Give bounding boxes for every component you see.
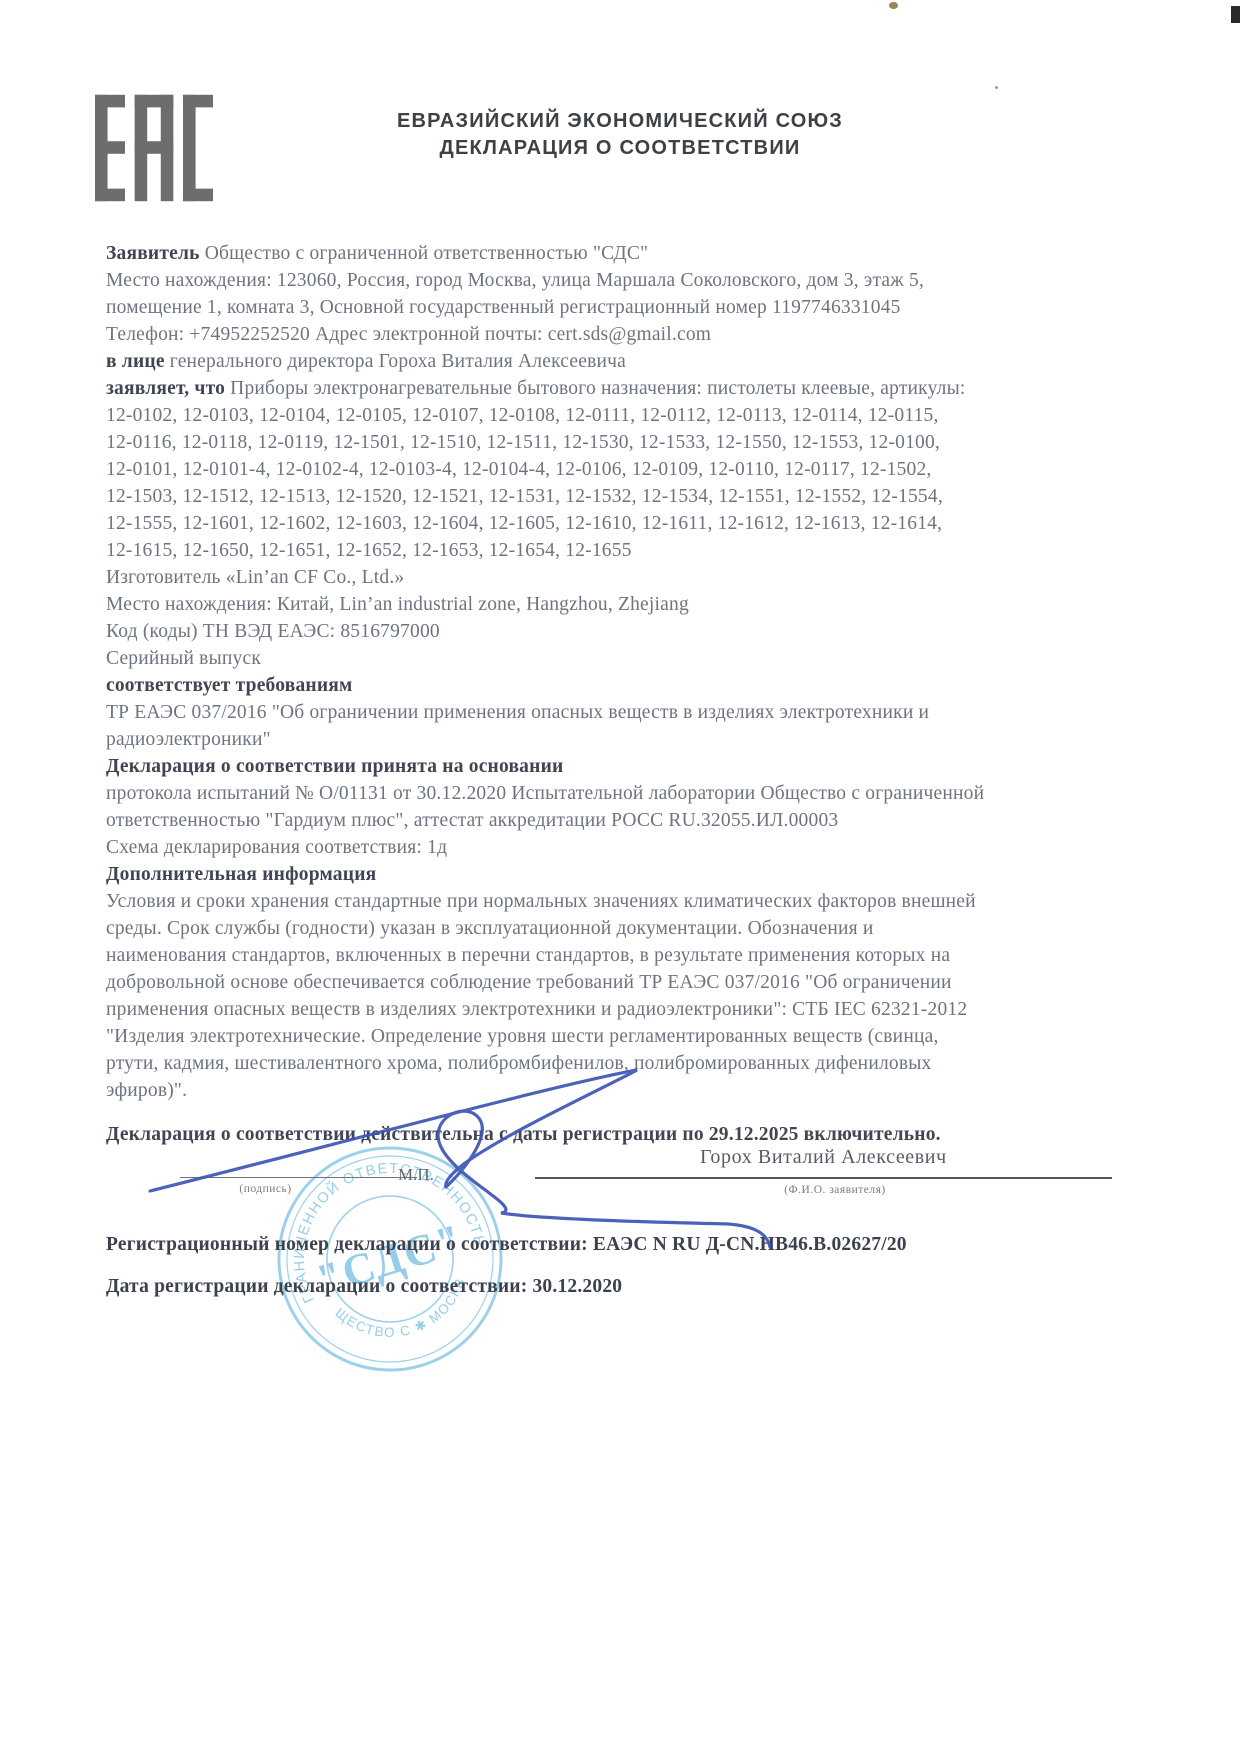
body-line-segment: 12-0102, 12-0103, 12-0104, 12-0105, 12-0…: [106, 405, 939, 426]
body-line-segment: добровольной основе обеспечивается соблю…: [106, 972, 952, 993]
registration-date-value: 30.12.2020: [532, 1276, 622, 1297]
body-line: Серийный выпуск: [106, 645, 1166, 672]
body-line: в лице генерального директора Гороха Вит…: [106, 348, 1166, 375]
body-line: заявляет, что Приборы электронагреватель…: [106, 375, 1166, 402]
body-line-segment: Схема декларирования соответствия: 1д: [106, 837, 447, 858]
body-line-segment: 12-1503, 12-1512, 12-1513, 12-1520, 12-1…: [106, 486, 943, 507]
body-line: Телефон: +74952252520 Адрес электронной …: [106, 321, 1166, 348]
document-title: ЕВРАЗИЙСКИЙ ЭКОНОМИЧЕСКИЙ СОЮЗ ДЕКЛАРАЦИ…: [330, 108, 910, 162]
body-line-segment: 12-1615, 12-1650, 12-1651, 12-1652, 12-1…: [106, 540, 632, 561]
body-line: добровольной основе обеспечивается соблю…: [106, 969, 1166, 996]
scan-spot: [889, 2, 898, 9]
body-line: Заявитель Общество с ограниченной ответс…: [106, 240, 1166, 267]
body-line-bold-segment: Дополнительная информация: [106, 864, 376, 885]
body-line-segment: ТР ЕАЭС 037/2016 "Об ограничении примене…: [106, 702, 929, 723]
body-line-bold-segment: заявляет, что: [106, 378, 230, 399]
body-line-bold-segment: Заявитель: [106, 243, 205, 264]
body-line: Дополнительная информация: [106, 861, 1166, 888]
eac-logo-icon: [95, 92, 213, 204]
body-line: Место нахождения: 123060, Россия, город …: [106, 267, 1166, 294]
body-line-segment: среды. Срок службы (годности) указан в э…: [106, 918, 874, 939]
body-line-segment: Код (коды) ТН ВЭД ЕАЭС: 8516797000: [106, 621, 440, 642]
body-line: Место нахождения: Китай, Lin’an industri…: [106, 591, 1166, 618]
body-line-segment: наименования стандартов, включенных в пе…: [106, 945, 950, 966]
body-line-segment: протокола испытаний № О/01131 от 30.12.2…: [106, 783, 984, 804]
body-line: 12-1503, 12-1512, 12-1513, 12-1520, 12-1…: [106, 483, 1166, 510]
body-line-segment: Место нахождения: 123060, Россия, город …: [106, 270, 924, 291]
body-line-segment: радиоэлектроники": [106, 729, 271, 750]
scan-speck: [995, 86, 998, 89]
body-line: применения опасных веществ в изделиях эл…: [106, 996, 1166, 1023]
body-line: Условия и сроки хранения стандартные при…: [106, 888, 1166, 915]
body-line-segment: Серийный выпуск: [106, 648, 261, 669]
body-line-segment: 12-0116, 12-0118, 12-0119, 12-1501, 12-1…: [106, 432, 940, 453]
body-line-segment: ответственностью "Гардиум плюс", аттеста…: [106, 810, 838, 831]
body-line: 12-1615, 12-1650, 12-1651, 12-1652, 12-1…: [106, 537, 1166, 564]
body-line: Декларация о соответствии принята на осн…: [106, 753, 1166, 780]
body-line: среды. Срок службы (годности) указан в э…: [106, 915, 1166, 942]
body-line-segment: 12-1555, 12-1601, 12-1602, 12-1603, 12-1…: [106, 513, 942, 534]
body-line-segment: применения опасных веществ в изделиях эл…: [106, 999, 967, 1020]
body-line: 12-0102, 12-0103, 12-0104, 12-0105, 12-0…: [106, 402, 1166, 429]
scan-corner-mark: [1231, 6, 1240, 23]
body-lines: Заявитель Общество с ограниченной ответс…: [106, 240, 1166, 1148]
body-line: наименования стандартов, включенных в пе…: [106, 942, 1166, 969]
body-line: соответствует требованиям: [106, 672, 1166, 699]
body-line: помещение 1, комната 3, Основной государ…: [106, 294, 1166, 321]
title-line-declaration: ДЕКЛАРАЦИЯ О СООТВЕТСТВИИ: [330, 135, 910, 162]
body-line-segment: Общество с ограниченной ответственностью…: [205, 243, 649, 264]
registration-date-line: Дата регистрации декларации о соответств…: [106, 1276, 622, 1298]
body-line-segment: "Изделия электротехнические. Определение…: [106, 1026, 939, 1047]
body-line-segment: Условия и сроки хранения стандартные при…: [106, 891, 976, 912]
declaration-document: ЕВРАЗИЙСКИЙ ЭКОНОМИЧЕСКИЙ СОЮЗ ДЕКЛАРАЦИ…: [0, 0, 1240, 1755]
body-line: Код (коды) ТН ВЭД ЕАЭС: 8516797000: [106, 618, 1166, 645]
handwritten-signature: [120, 1050, 820, 1270]
body-line-bold-segment: Декларация о соответствии принята на осн…: [106, 756, 563, 777]
body-line: 12-0101, 12-0101-4, 12-0102-4, 12-0103-4…: [106, 456, 1166, 483]
body-line-segment: 12-0101, 12-0101-4, 12-0102-4, 12-0103-4…: [106, 459, 932, 480]
body-line-bold-segment: в лице: [106, 351, 170, 372]
body-line: Изготовитель «Lin’an CF Co., Ltd.»: [106, 564, 1166, 591]
body-line-segment: Место нахождения: Китай, Lin’an industri…: [106, 594, 689, 615]
body-line-segment: Приборы электронагревательные бытового н…: [230, 378, 965, 399]
body-line-bold-segment: соответствует требованиям: [106, 675, 353, 696]
title-line-union: ЕВРАЗИЙСКИЙ ЭКОНОМИЧЕСКИЙ СОЮЗ: [330, 108, 910, 135]
body-line: радиоэлектроники": [106, 726, 1166, 753]
body-line: "Изделия электротехнические. Определение…: [106, 1023, 1166, 1050]
eac-logo: [95, 92, 213, 204]
body-line-segment: генерального директора Гороха Виталия Ал…: [170, 351, 626, 372]
body-line: ТР ЕАЭС 037/2016 "Об ограничении примене…: [106, 699, 1166, 726]
registration-date-label: Дата регистрации декларации о соответств…: [106, 1276, 532, 1297]
body-line-segment: помещение 1, комната 3, Основной государ…: [106, 297, 901, 318]
body-line-segment: Изготовитель «Lin’an CF Co., Ltd.»: [106, 567, 404, 588]
body-line: Схема декларирования соответствия: 1д: [106, 834, 1166, 861]
body-line-segment: Телефон: +74952252520 Адрес электронной …: [106, 324, 711, 345]
body-line: протокола испытаний № О/01131 от 30.12.2…: [106, 780, 1166, 807]
body-line: 12-1555, 12-1601, 12-1602, 12-1603, 12-1…: [106, 510, 1166, 537]
body-line: 12-0116, 12-0118, 12-0119, 12-1501, 12-1…: [106, 429, 1166, 456]
body-line: ответственностью "Гардиум плюс", аттеста…: [106, 807, 1166, 834]
